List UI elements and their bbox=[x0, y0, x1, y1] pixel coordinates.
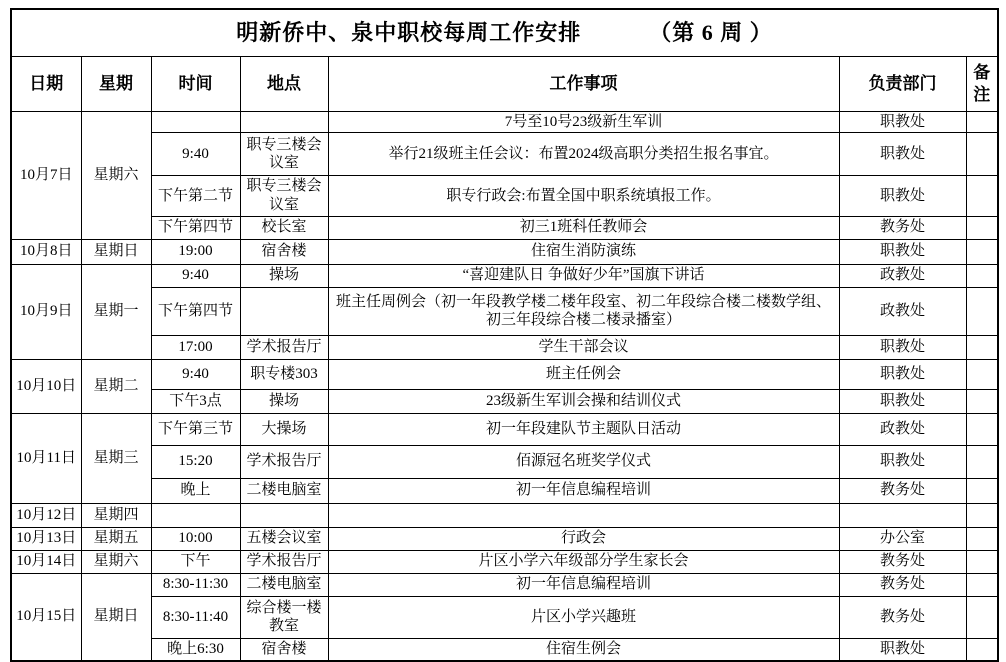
note-cell bbox=[966, 216, 998, 239]
dept-cell: 教务处 bbox=[839, 596, 966, 638]
weekday-cell: 星期六 bbox=[81, 111, 151, 239]
date-cell: 10月15日 bbox=[11, 573, 81, 660]
date-cell: 10月8日 bbox=[11, 239, 81, 264]
weekday-cell: 星期三 bbox=[81, 413, 151, 503]
place-cell: 校长室 bbox=[240, 216, 328, 239]
note-cell bbox=[966, 445, 998, 478]
dept-cell: 教务处 bbox=[839, 216, 966, 239]
time-cell: 10:00 bbox=[151, 527, 240, 550]
note-cell bbox=[966, 176, 998, 217]
schedule-row: 10月7日星期六7号至10号23级新生军训职教处 bbox=[11, 111, 998, 133]
page: { "title": { "main": "明新侨中、泉中职校每周工作安排", … bbox=[0, 0, 1006, 662]
schedule-row: 10月14日星期六下午学术报告厅片区小学六年级部分学生家长会教务处 bbox=[11, 550, 998, 573]
task-cell: 初一年信息编程培训 bbox=[328, 478, 839, 503]
place-cell: 二楼电脑室 bbox=[240, 573, 328, 596]
task-cell: 举行21级班主任会议：布置2024级高职分类招生报名事宜。 bbox=[328, 133, 839, 176]
schedule-row: 晚上6:30宿舍楼住宿生例会职教处 bbox=[11, 638, 998, 660]
place-cell bbox=[240, 287, 328, 335]
date-cell: 10月13日 bbox=[11, 527, 81, 550]
time-cell bbox=[151, 111, 240, 133]
date-cell: 10月11日 bbox=[11, 413, 81, 503]
note-cell bbox=[966, 239, 998, 264]
schedule-row: 9:40职专三楼会议室举行21级班主任会议：布置2024级高职分类招生报名事宜。… bbox=[11, 133, 998, 176]
place-cell: 大操场 bbox=[240, 413, 328, 445]
time-cell: 晚上 bbox=[151, 478, 240, 503]
time-cell: 15:20 bbox=[151, 445, 240, 478]
schedule-row: 8:30-11:40综合楼一楼教室片区小学兴趣班教务处 bbox=[11, 596, 998, 638]
dept-cell: 职教处 bbox=[839, 359, 966, 389]
task-cell: 片区小学兴趣班 bbox=[328, 596, 839, 638]
note-cell bbox=[966, 287, 998, 335]
schedule-row: 17:00学术报告厅学生干部会议职教处 bbox=[11, 335, 998, 359]
time-cell: 下午第二节 bbox=[151, 176, 240, 217]
date-cell: 10月7日 bbox=[11, 111, 81, 239]
weekday-cell: 星期日 bbox=[81, 239, 151, 264]
column-header-4: 工作事项 bbox=[328, 56, 839, 111]
place-cell: 操场 bbox=[240, 389, 328, 413]
task-cell: 初一年段建队节主题队日活动 bbox=[328, 413, 839, 445]
title-cell: 明新侨中、泉中职校每周工作安排（第 6 周 ） bbox=[11, 9, 998, 56]
column-header-0: 日期 bbox=[11, 56, 81, 111]
time-cell: 下午3点 bbox=[151, 389, 240, 413]
weekday-cell: 星期日 bbox=[81, 573, 151, 660]
note-cell bbox=[966, 478, 998, 503]
note-cell bbox=[966, 638, 998, 660]
task-cell: 23级新生军训会操和结训仪式 bbox=[328, 389, 839, 413]
schedule-row: 下午3点操场23级新生军训会操和结训仪式职教处 bbox=[11, 389, 998, 413]
place-cell: 职专楼303 bbox=[240, 359, 328, 389]
place-cell: 职专三楼会议室 bbox=[240, 133, 328, 176]
place-cell: 职专三楼会议室 bbox=[240, 176, 328, 217]
dept-cell: 职教处 bbox=[839, 445, 966, 478]
task-cell: 佰源冠名班奖学仪式 bbox=[328, 445, 839, 478]
time-cell: 17:00 bbox=[151, 335, 240, 359]
time-cell: 下午第四节 bbox=[151, 287, 240, 335]
dept-cell: 教务处 bbox=[839, 478, 966, 503]
schedule-sheet: 明新侨中、泉中职校每周工作安排（第 6 周 ） 日期星期时间地点工作事项负责部门… bbox=[10, 8, 997, 662]
schedule-table: 明新侨中、泉中职校每周工作安排（第 6 周 ） 日期星期时间地点工作事项负责部门… bbox=[10, 8, 999, 662]
dept-cell: 职教处 bbox=[839, 176, 966, 217]
place-cell: 学术报告厅 bbox=[240, 335, 328, 359]
column-header-6: 备注 bbox=[966, 56, 998, 111]
place-cell: 二楼电脑室 bbox=[240, 478, 328, 503]
note-cell bbox=[966, 133, 998, 176]
note-cell bbox=[966, 359, 998, 389]
time-cell: 9:40 bbox=[151, 264, 240, 287]
column-header-1: 星期 bbox=[81, 56, 151, 111]
time-cell: 下午第四节 bbox=[151, 216, 240, 239]
time-cell: 8:30-11:30 bbox=[151, 573, 240, 596]
place-cell: 宿舍楼 bbox=[240, 638, 328, 660]
place-cell: 综合楼一楼教室 bbox=[240, 596, 328, 638]
note-cell bbox=[966, 550, 998, 573]
time-cell: 下午第三节 bbox=[151, 413, 240, 445]
schedule-row: 10月15日星期日8:30-11:30二楼电脑室初一年信息编程培训教务处 bbox=[11, 573, 998, 596]
weekday-cell: 星期四 bbox=[81, 503, 151, 527]
task-cell: 班主任例会 bbox=[328, 359, 839, 389]
task-cell bbox=[328, 503, 839, 527]
task-cell: 班主任周例会（初一年段教学楼二楼年段室、初二年段综合楼二楼数学组、初三年段综合楼… bbox=[328, 287, 839, 335]
schedule-row: 下午第四节班主任周例会（初一年段教学楼二楼年段室、初二年段综合楼二楼数学组、初三… bbox=[11, 287, 998, 335]
schedule-row: 晚上二楼电脑室初一年信息编程培训教务处 bbox=[11, 478, 998, 503]
place-cell: 学术报告厅 bbox=[240, 550, 328, 573]
schedule-row: 15:20学术报告厅佰源冠名班奖学仪式职教处 bbox=[11, 445, 998, 478]
dept-cell: 政教处 bbox=[839, 413, 966, 445]
task-cell: 初一年信息编程培训 bbox=[328, 573, 839, 596]
week-label: （第 6 周 ） bbox=[649, 20, 773, 45]
note-cell bbox=[966, 389, 998, 413]
note-cell bbox=[966, 413, 998, 445]
dept-cell: 办公室 bbox=[839, 527, 966, 550]
weekday-cell: 星期五 bbox=[81, 527, 151, 550]
schedule-row: 10月10日星期二9:40职专楼303班主任例会职教处 bbox=[11, 359, 998, 389]
schedule-row: 10月13日星期五10:00五楼会议室行政会办公室 bbox=[11, 527, 998, 550]
date-cell: 10月9日 bbox=[11, 264, 81, 359]
schedule-row: 10月12日星期四 bbox=[11, 503, 998, 527]
time-cell: 下午 bbox=[151, 550, 240, 573]
weekday-cell: 星期二 bbox=[81, 359, 151, 413]
page-title: 明新侨中、泉中职校每周工作安排 bbox=[236, 20, 581, 45]
date-cell: 10月10日 bbox=[11, 359, 81, 413]
date-cell: 10月14日 bbox=[11, 550, 81, 573]
dept-cell: 教务处 bbox=[839, 573, 966, 596]
task-cell: 住宿生消防演练 bbox=[328, 239, 839, 264]
dept-cell: 政教处 bbox=[839, 264, 966, 287]
dept-cell: 职教处 bbox=[839, 133, 966, 176]
time-cell: 9:40 bbox=[151, 359, 240, 389]
dept-cell: 职教处 bbox=[839, 389, 966, 413]
note-cell bbox=[966, 503, 998, 527]
dept-cell: 教务处 bbox=[839, 550, 966, 573]
dept-cell bbox=[839, 503, 966, 527]
task-cell: 片区小学六年级部分学生家长会 bbox=[328, 550, 839, 573]
note-cell bbox=[966, 111, 998, 133]
place-cell: 操场 bbox=[240, 264, 328, 287]
schedule-row: 下午第四节校长室初三1班科任教师会教务处 bbox=[11, 216, 998, 239]
weekday-cell: 星期一 bbox=[81, 264, 151, 359]
time-cell bbox=[151, 503, 240, 527]
date-cell: 10月12日 bbox=[11, 503, 81, 527]
schedule-row: 下午第二节职专三楼会议室职专行政会:布置全国中职系统填报工作。职教处 bbox=[11, 176, 998, 217]
column-header-row: 日期星期时间地点工作事项负责部门备注 bbox=[11, 56, 998, 111]
task-cell: 学生干部会议 bbox=[328, 335, 839, 359]
place-cell: 宿舍楼 bbox=[240, 239, 328, 264]
task-cell: 职专行政会:布置全国中职系统填报工作。 bbox=[328, 176, 839, 217]
dept-cell: 职教处 bbox=[839, 111, 966, 133]
schedule-row: 10月9日星期一9:40操场“喜迎建队日 争做好少年”国旗下讲话政教处 bbox=[11, 264, 998, 287]
column-header-5: 负责部门 bbox=[839, 56, 966, 111]
dept-cell: 职教处 bbox=[839, 239, 966, 264]
task-cell: 初三1班科任教师会 bbox=[328, 216, 839, 239]
task-cell: 7号至10号23级新生军训 bbox=[328, 111, 839, 133]
time-cell: 19:00 bbox=[151, 239, 240, 264]
task-cell: “喜迎建队日 争做好少年”国旗下讲话 bbox=[328, 264, 839, 287]
title-row: 明新侨中、泉中职校每周工作安排（第 6 周 ） bbox=[11, 9, 998, 56]
dept-cell: 职教处 bbox=[839, 335, 966, 359]
dept-cell: 政教处 bbox=[839, 287, 966, 335]
place-cell: 五楼会议室 bbox=[240, 527, 328, 550]
place-cell bbox=[240, 111, 328, 133]
note-cell bbox=[966, 264, 998, 287]
time-cell: 8:30-11:40 bbox=[151, 596, 240, 638]
weekday-cell: 星期六 bbox=[81, 550, 151, 573]
note-cell bbox=[966, 573, 998, 596]
schedule-row: 10月11日星期三下午第三节大操场初一年段建队节主题队日活动政教处 bbox=[11, 413, 998, 445]
time-cell: 9:40 bbox=[151, 133, 240, 176]
place-cell bbox=[240, 503, 328, 527]
place-cell: 学术报告厅 bbox=[240, 445, 328, 478]
column-header-2: 时间 bbox=[151, 56, 240, 111]
dept-cell: 职教处 bbox=[839, 638, 966, 660]
time-cell: 晚上6:30 bbox=[151, 638, 240, 660]
note-cell bbox=[966, 335, 998, 359]
note-cell bbox=[966, 527, 998, 550]
note-cell bbox=[966, 596, 998, 638]
schedule-row: 10月8日星期日19:00宿舍楼住宿生消防演练职教处 bbox=[11, 239, 998, 264]
column-header-3: 地点 bbox=[240, 56, 328, 111]
task-cell: 行政会 bbox=[328, 527, 839, 550]
task-cell: 住宿生例会 bbox=[328, 638, 839, 660]
